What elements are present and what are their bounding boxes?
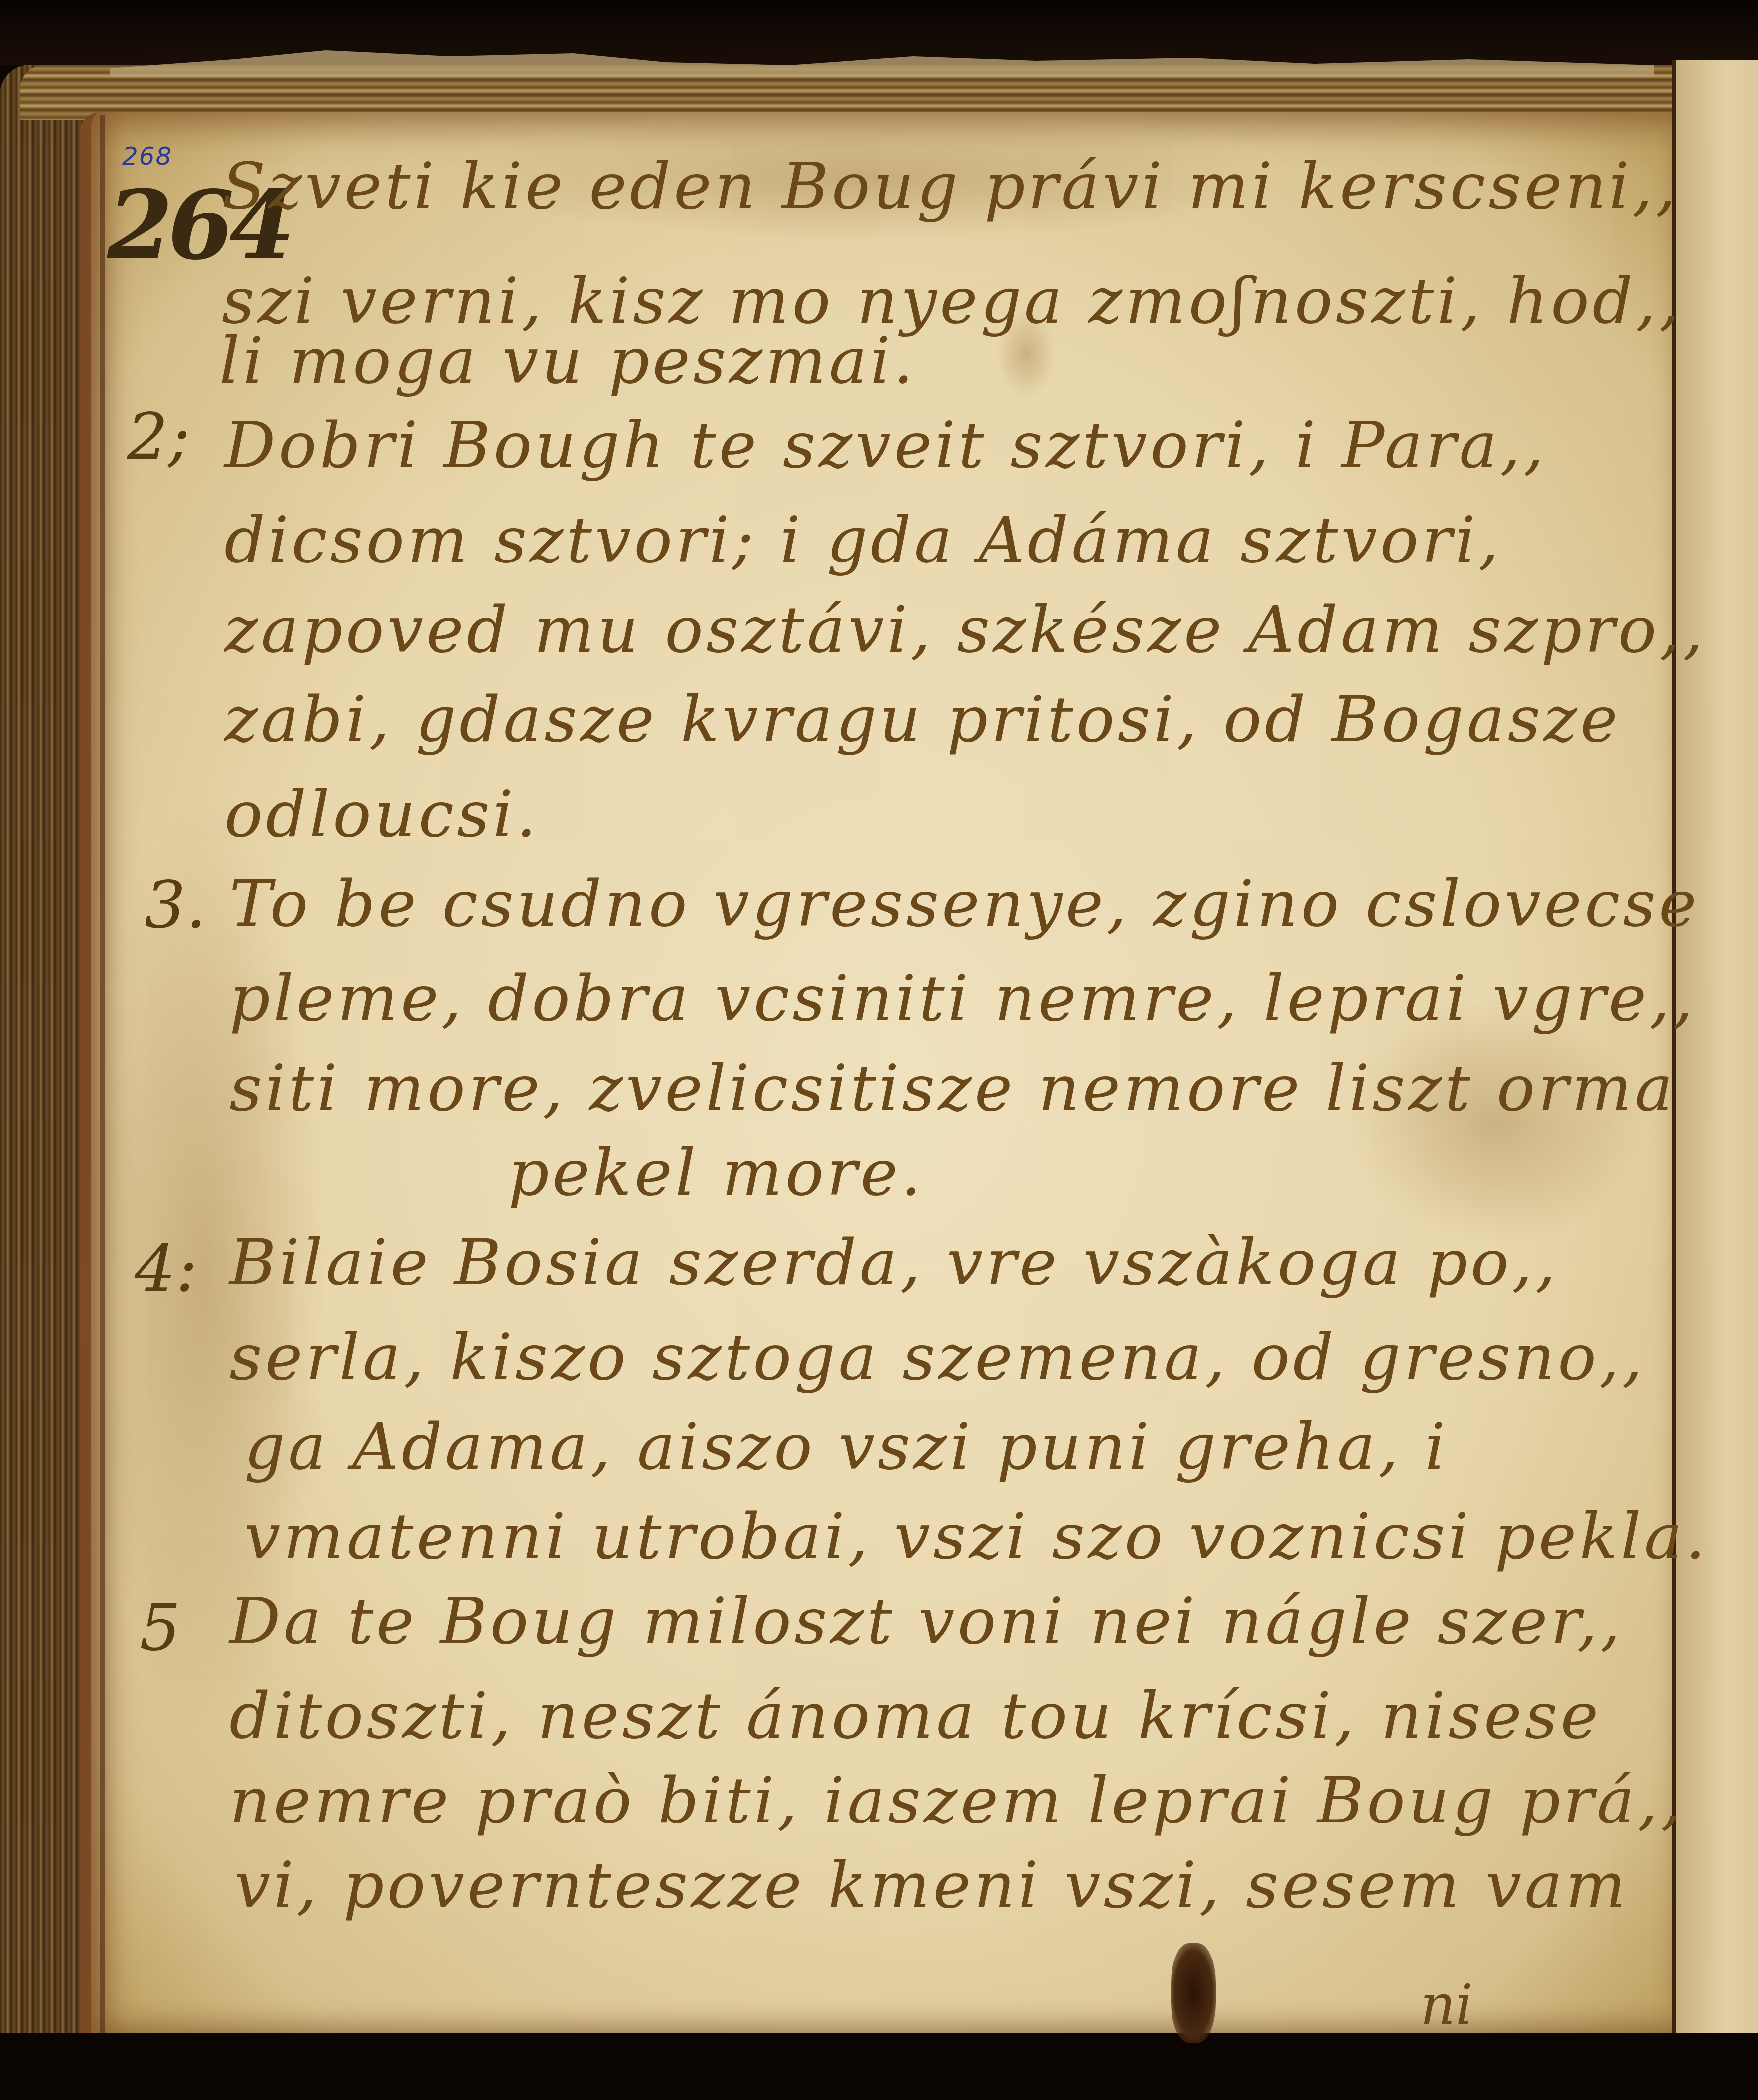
text-line: ga Adama, aiszo vszi puni greha, i	[244, 1410, 1448, 1484]
manuscript-text: Szveti kie eden Boug právi mi kerscseni,…	[0, 0, 1758, 2100]
text-line: siti more, zvelicsitisze nemore liszt or…	[229, 1051, 1676, 1125]
verse-number: 3.	[145, 867, 206, 943]
text-line: zapoved mu osztávi, szkésze Adam szpro,,	[224, 593, 1706, 667]
catchword-fragment: ni	[1420, 1973, 1473, 2037]
text-line: serla, kiszo sztoga szemena, od gresno,,	[229, 1320, 1645, 1395]
text-line: vi, povernteszze kmeni vszi, sesem vam	[234, 1848, 1629, 1923]
text-line: li moga vu peszmai.	[219, 324, 917, 398]
text-line: Szveti kie eden Boug právi mi kerscseni,…	[222, 149, 1679, 224]
text-line: pekel more.	[508, 1136, 924, 1210]
text-line: dicsom sztvori; i gda Adáma sztvori,	[224, 503, 1502, 577]
text-line: Bilaie Bosia szerda, vre vszàkoga po,,	[229, 1226, 1559, 1300]
verse-number: 2;	[127, 399, 190, 474]
text-line: pleme, dobra vcsiniti nemre, leprai vgre…	[229, 962, 1696, 1036]
text-line: vmatenni utrobai, vszi szo voznicsi pekl…	[244, 1500, 1709, 1574]
text-line: ditoszti, neszt ánoma tou krícsi, nisese	[229, 1679, 1601, 1753]
text-line: Da te Boug miloszt voni nei nágle szer,,	[229, 1584, 1623, 1659]
text-line: nemre praò biti, iaszem leprai Boug prá,…	[229, 1764, 1684, 1838]
text-line: To be csudno vgressenye, zgino cslovecse	[229, 867, 1700, 941]
verse-number: 5	[140, 1589, 181, 1665]
text-line: Dobri Bough te szveit sztvori, i Para,,	[224, 409, 1547, 483]
text-line: zabi, gdasze kvragu pritosi, od Bogasze	[224, 683, 1621, 757]
verse-number: 4:	[135, 1231, 198, 1306]
text-line: odloucsi.	[224, 777, 539, 851]
